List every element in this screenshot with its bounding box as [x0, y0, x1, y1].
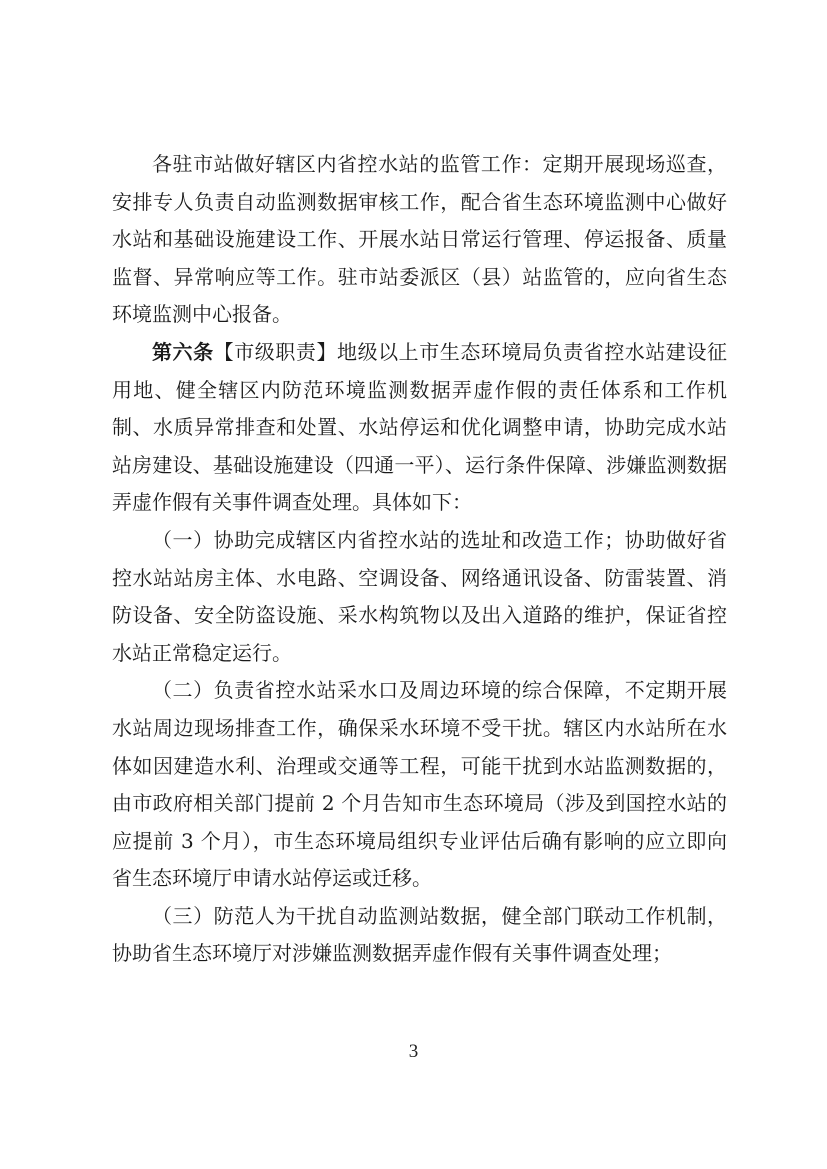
paragraph-article-6: 第六条【市级职责】地级以上市生态环境局负责省控水站建设征用地、健全辖区内防范环境… — [112, 334, 727, 522]
page-number: 3 — [0, 1041, 827, 1063]
paragraph-text: 各驻市站做好辖区内省控水站的监管工作：定期开展现场巡查，安排专人负责自动监测数据… — [112, 152, 727, 326]
document-body: 各驻市站做好辖区内省控水站的监管工作：定期开展现场巡查，安排专人负责自动监测数据… — [112, 146, 727, 973]
paragraph-item-1: （一）协助完成辖区内省控水站的选址和改造工作；协助做好省控水站站房主体、水电路、… — [112, 522, 727, 672]
paragraph-text: 地级以上市生态环境局负责省控水站建设征用地、健全辖区内防范环境监测数据弄虚作假的… — [112, 340, 727, 514]
document-page: 各驻市站做好辖区内省控水站的监管工作：定期开展现场巡查，安排专人负责自动监测数据… — [0, 0, 827, 1169]
paragraph-text: （一）协助完成辖区内省控水站的选址和改造工作；协助做好省控水站站房主体、水电路、… — [112, 528, 727, 665]
paragraph-item-3: （三）防范人为干扰自动监测站数据，健全部门联动工作机制，协助省生态环境厅对涉嫌监… — [112, 898, 727, 973]
paragraph-item-2: （二）负责省控水站采水口及周边环境的综合保障，不定期开展水站周边现场排查工作，确… — [112, 672, 727, 898]
paragraph-text: （二）负责省控水站采水口及周边环境的综合保障，不定期开展水站周边现场排查工作，确… — [112, 678, 727, 890]
article-heading: 第六条 — [152, 340, 214, 364]
paragraph-station-supervision: 各驻市站做好辖区内省控水站的监管工作：定期开展现场巡查，安排专人负责自动监测数据… — [112, 146, 727, 334]
paragraph-text: （三）防范人为干扰自动监测站数据，健全部门联动工作机制，协助省生态环境厅对涉嫌监… — [112, 904, 727, 966]
article-title: 【市级职责】 — [214, 340, 337, 364]
